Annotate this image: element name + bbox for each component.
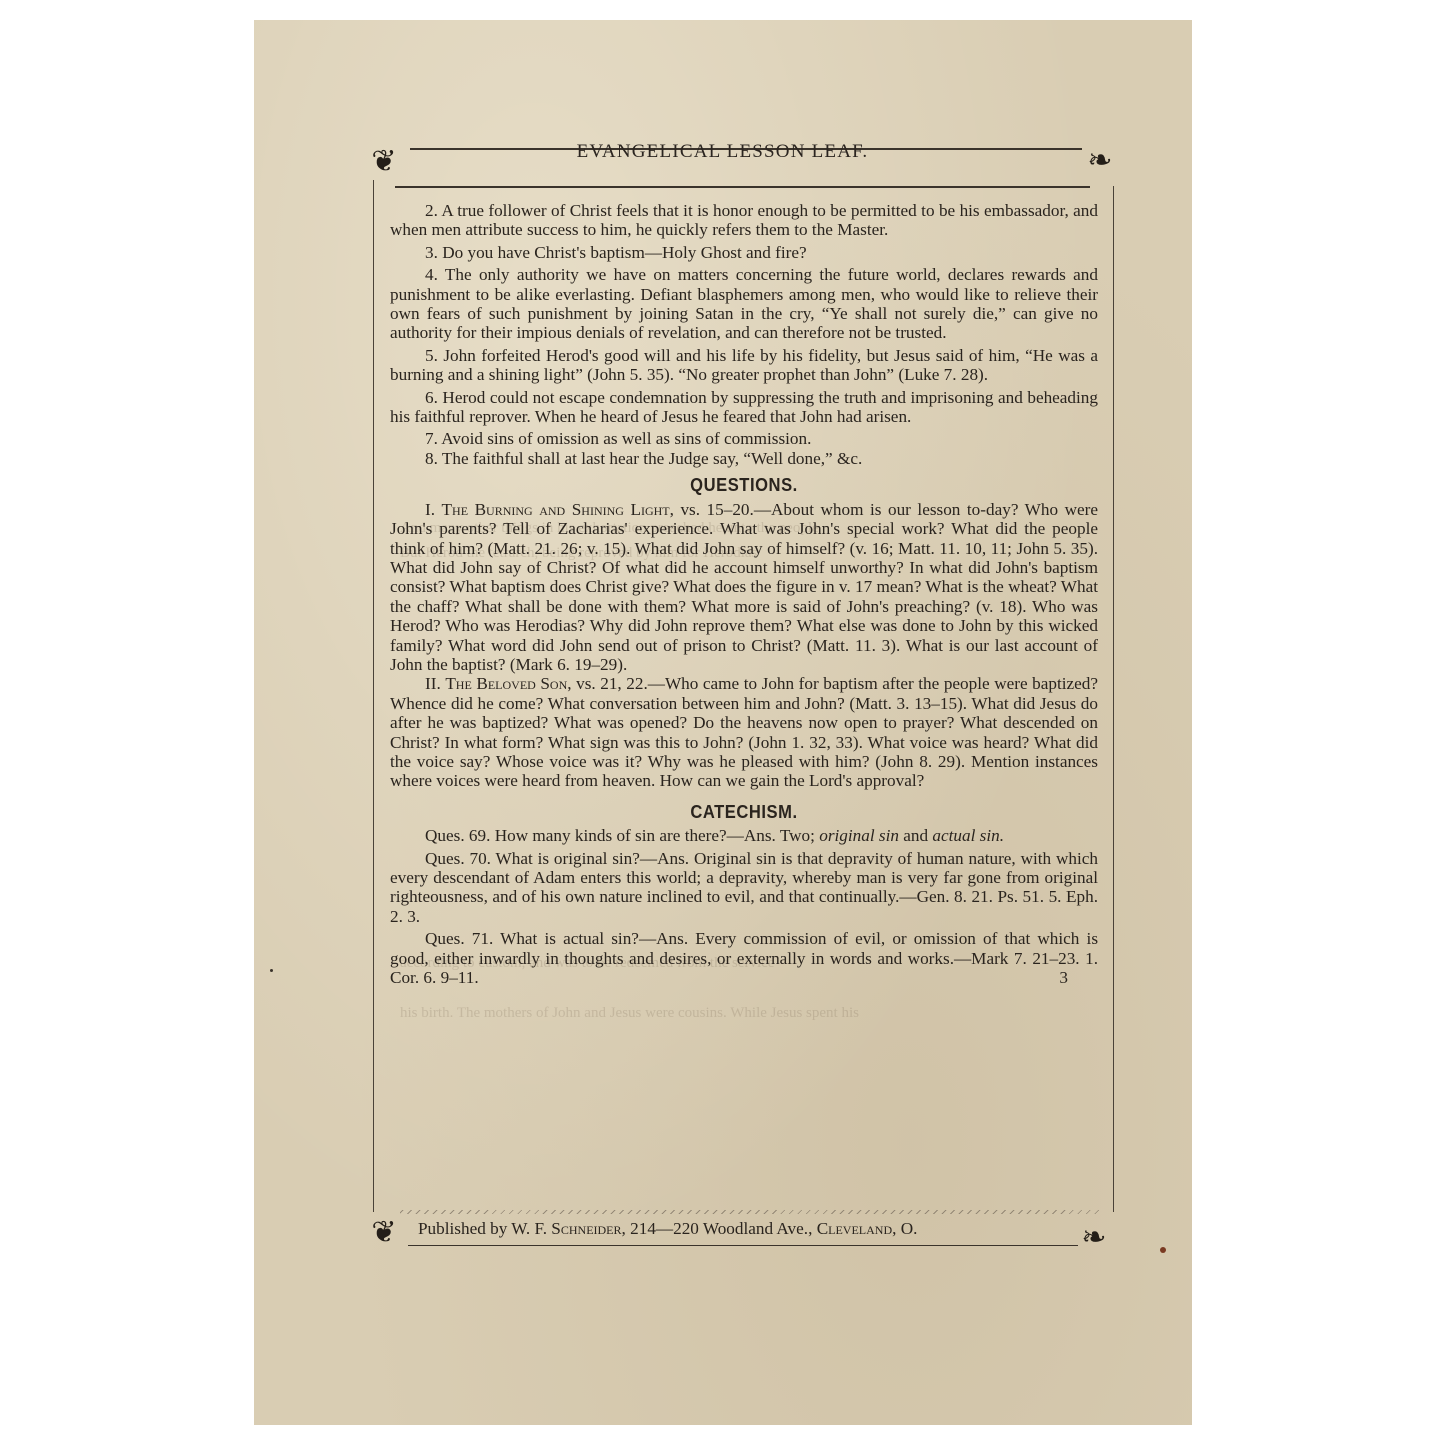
catechism-answer: —Ans. Two; [727, 826, 820, 845]
catechism-answer-italic: original sin [819, 826, 899, 845]
lesson-point: 6. Herod could not escape condemnation b… [390, 388, 1098, 427]
catechism-item: Ques. 69. How many kinds of sin are ther… [390, 826, 1098, 845]
frame-left-line [373, 180, 374, 1212]
section-verses: vs. 15–20. [680, 500, 753, 519]
ornament-icon: ❧ [1076, 1220, 1112, 1256]
point-number: 6. [425, 388, 442, 407]
point-text: The faithful shall at last hear the Judg… [442, 449, 862, 468]
catechism-label: Ques. 71. [425, 929, 500, 948]
question-section: I. The Burning and Shining Light, vs. 15… [390, 500, 1098, 675]
ornament-icon: ❦ [366, 1215, 402, 1251]
catechism-label: Ques. 70. [425, 849, 496, 868]
ink-speck [1160, 1247, 1166, 1253]
point-text: John forfeited Herod's good will and his… [390, 346, 1098, 384]
section-verses: vs. 21, 22. [576, 674, 648, 693]
catechism-list: Ques. 69. How many kinds of sin are ther… [390, 826, 1098, 987]
lesson-point: 5. John forfeited Herod's good will and … [390, 346, 1098, 385]
catechism-item: Ques. 70. What is original sin?—Ans. Ori… [390, 849, 1098, 927]
questions-heading: QUESTIONS. [418, 476, 1069, 495]
point-number: 3. [425, 243, 442, 262]
catechism-question: What is actual sin? [500, 929, 639, 948]
bleed-through-text: his birth. The mothers of John and Jesus… [400, 1005, 859, 1022]
point-number: 8. [425, 449, 442, 468]
section-title: The Burning and Shining Light, [442, 500, 681, 519]
lesson-point: 3. Do you have Christ's baptism—Holy Gho… [390, 243, 1098, 262]
footer-bottom-rule [408, 1245, 1078, 1246]
footer-city: Cleveland [817, 1219, 892, 1238]
point-number: 2. [425, 201, 441, 220]
point-number: 4. [425, 265, 445, 284]
point-text: Do you have Christ's baptism—Holy Ghost … [442, 243, 806, 262]
footer-suffix: , O. [892, 1219, 917, 1238]
catechism-item: Ques. 71. What is actual sin?—Ans. Every… [390, 929, 1098, 987]
footer-prefix: Published by W. F. [418, 1219, 551, 1238]
catechism-answer: and [899, 826, 932, 845]
section-numeral: II. [425, 674, 445, 693]
question-section: II. The Beloved Son, vs. 21, 22.—Who cam… [390, 674, 1098, 790]
lesson-point: 2. A true follower of Christ feels that … [390, 201, 1098, 240]
point-text: Avoid sins of omission as well as sins o… [441, 429, 811, 448]
point-number: 5. [425, 346, 443, 365]
frame-right-line [1113, 186, 1114, 1212]
section-numeral: I. [425, 500, 442, 519]
lesson-points: 2. A true follower of Christ feels that … [390, 201, 1098, 468]
lesson-point: 7. Avoid sins of omission as well as sin… [390, 429, 1098, 448]
catechism-question: How many kinds of sin are there? [495, 826, 727, 845]
lesson-body: 2. A true follower of Christ feels that … [390, 201, 1098, 987]
header-bottom-rule [395, 186, 1090, 188]
lesson-point: 4. The only authority we have on matters… [390, 265, 1098, 343]
point-number: 7. [425, 429, 441, 448]
page-title: EVANGELICAL LESSON LEAF. [0, 141, 1445, 163]
footer-address: , 214—220 Woodland Ave., [622, 1219, 817, 1238]
footer-publisher: Schneider [551, 1219, 621, 1238]
ink-speck [270, 969, 273, 972]
section-text: —About whom is our lesson to-day? Who we… [390, 500, 1098, 674]
section-title: The Beloved Son, [445, 674, 576, 693]
catechism-label: Ques. 69. [425, 826, 495, 845]
point-text: Herod could not escape condemnation by s… [390, 388, 1098, 426]
page-number: 3 [1024, 968, 1068, 987]
point-text: A true follower of Christ feels that it … [390, 201, 1098, 239]
publisher-footer: Published by W. F. Schneider, 214—220 Wo… [418, 1219, 917, 1239]
questions-list: I. The Burning and Shining Light, vs. 15… [390, 500, 1098, 791]
catechism-question: What is original sin? [496, 849, 640, 868]
lesson-point: 8. The faithful shall at last hear the J… [390, 449, 1098, 468]
catechism-heading: CATECHISM. [418, 803, 1069, 822]
catechism-answer-italic: actual sin. [932, 826, 1004, 845]
point-text: The only authority we have on matters co… [390, 265, 1098, 342]
